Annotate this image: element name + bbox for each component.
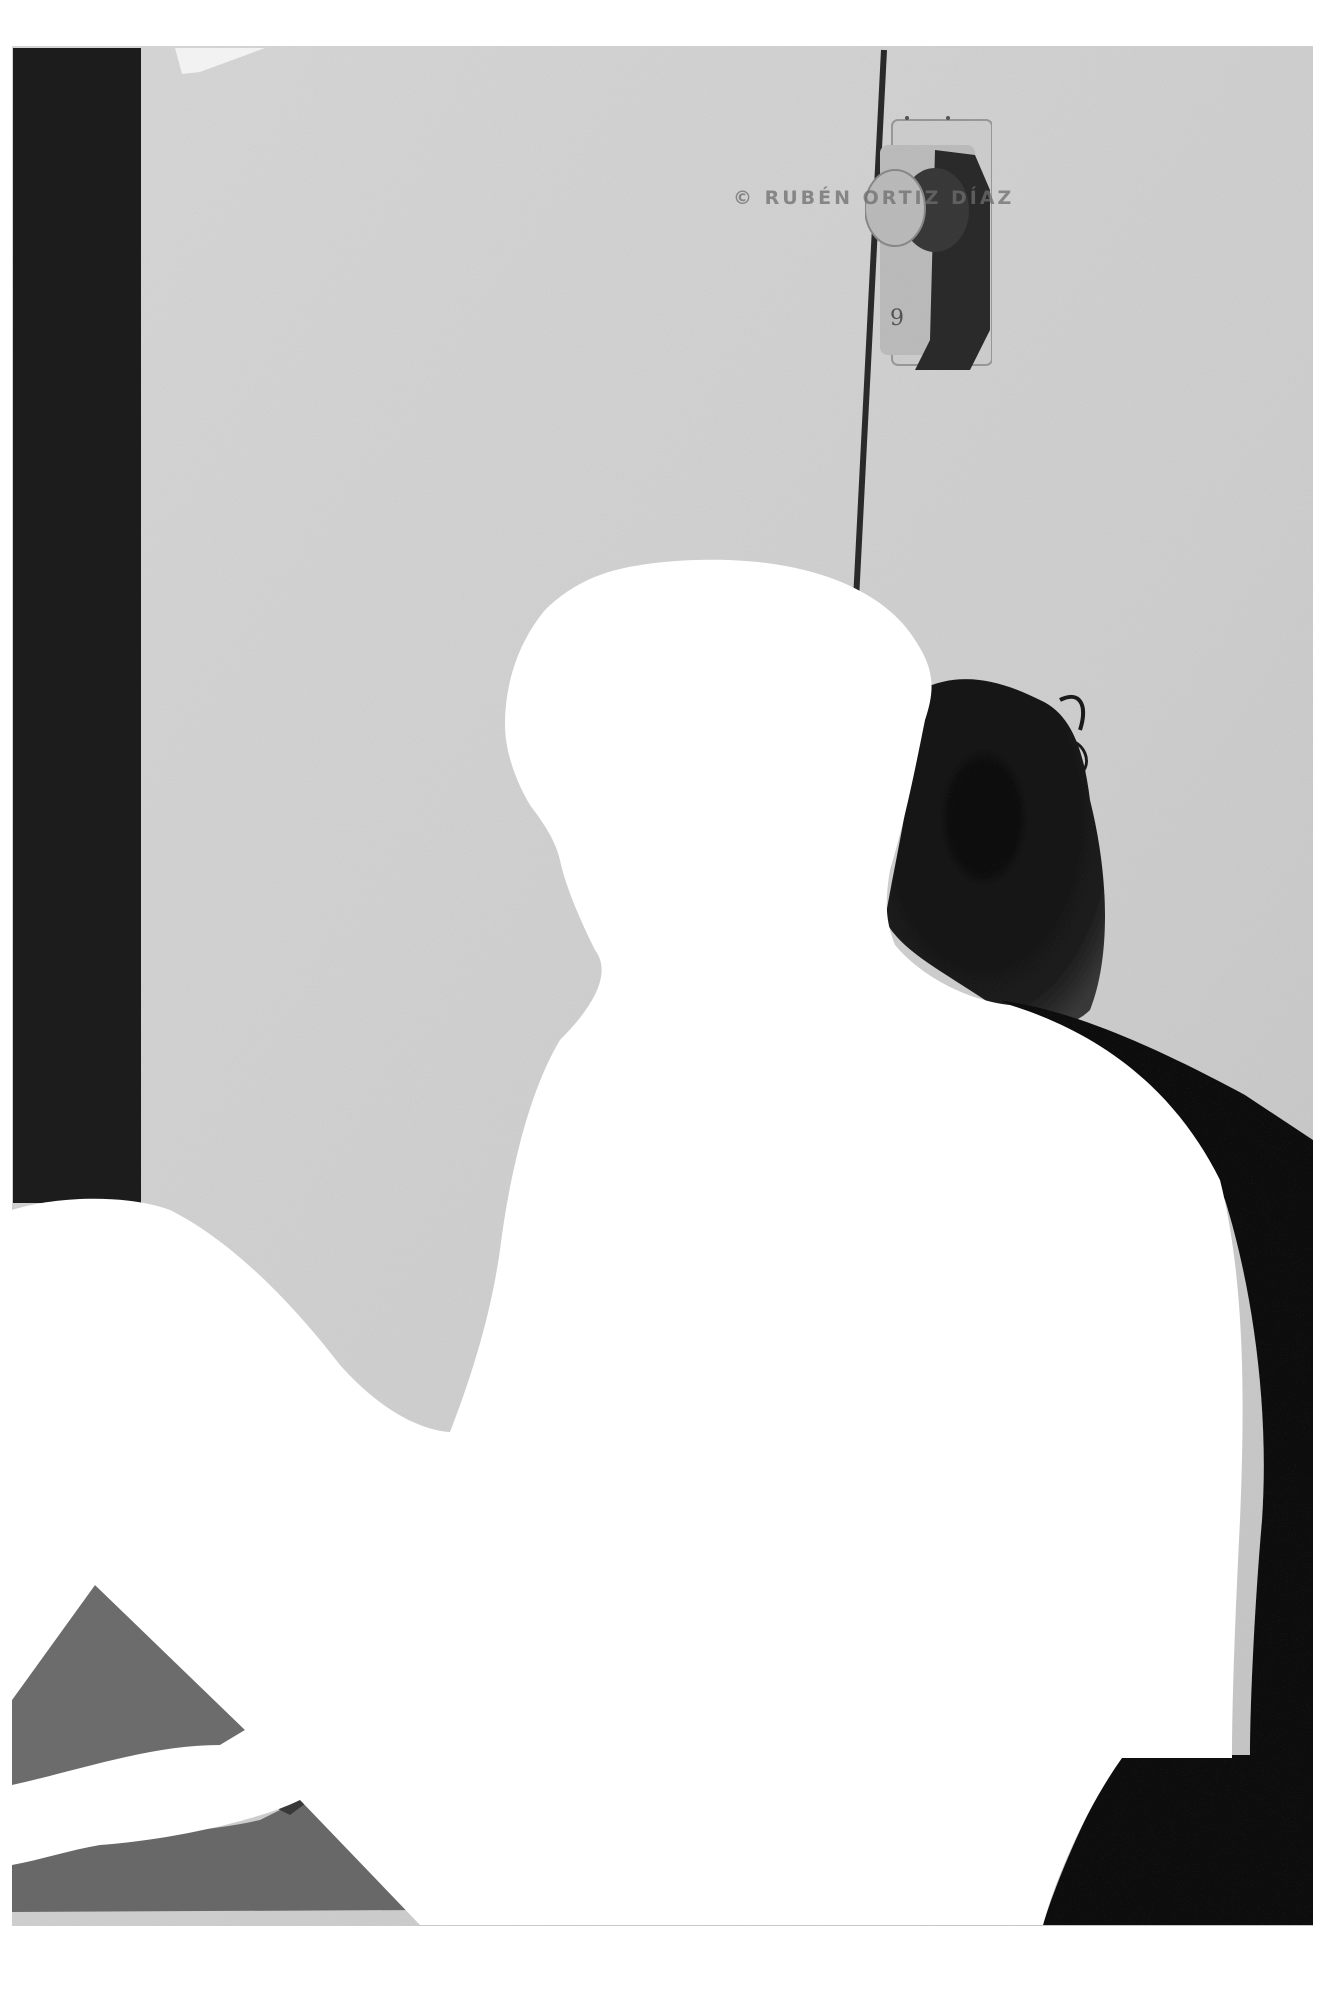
pencil-drawing: 9: [0, 0, 1328, 1989]
watermark-text: © RUBÉN ORTIZ DÍAZ: [733, 187, 1014, 209]
door-knob: 9: [865, 116, 992, 370]
door-frame: [13, 48, 141, 1203]
svg-text:9: 9: [890, 306, 904, 331]
